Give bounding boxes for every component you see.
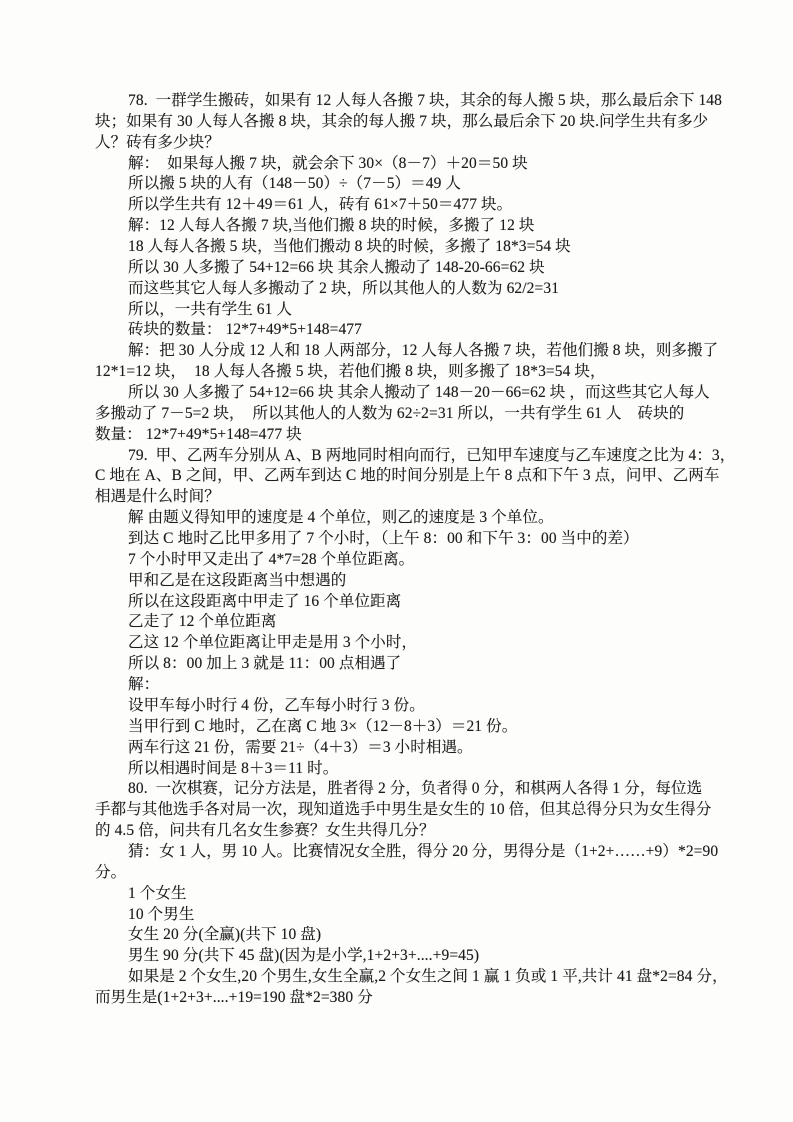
text-line: 所以，一共有学生 61 人: [95, 300, 677, 321]
text-line: 79. 甲、乙两车分别从 A、B 两地同时相向而行，已知甲车速度与乙车速度之比为…: [95, 446, 677, 467]
text-line: 人？砖有多少块？: [95, 133, 677, 154]
text-line: 解：: [95, 675, 677, 696]
text-line: 7 个小时甲又走出了 4*7=28 个单位距离。: [95, 550, 677, 571]
text-line: 解：把 30 人分成 12 人和 18 人两部分，12 人每人各搬 7 块，若他…: [95, 341, 677, 362]
text-line: 所以搬 5 块的人有（148－50）÷（7－5）＝49 人: [95, 174, 677, 195]
text-line: 78. 一群学生搬砖，如果有 12 人每人各搬 7 块，其余的每人搬 5 块，那…: [95, 91, 677, 112]
text-line: 18 人每人各搬 5 块，当他们搬动 8 块的时候，多搬了 18*3=54 块: [95, 237, 677, 258]
text-line: 解： 如果每人搬 7 块，就会余下 30×（8－7）＋20＝50 块: [95, 154, 677, 175]
text-line: 乙走了 12 个单位距离: [95, 612, 677, 633]
text-line: 所以 30 人多搬了 54+12=66 块 其余人搬动了 148-20-66=6…: [95, 258, 677, 279]
text-line: 所以在这段距离中甲走了 16 个单位距离: [95, 592, 677, 613]
text-line: 所以相遇时间是 8＋3＝11 时。: [95, 759, 677, 780]
text-line: 女生 20 分(全赢)(共下 10 盘): [95, 925, 677, 946]
text-line: 所以 8：00 加上 3 就是 11：00 点相遇了: [95, 654, 677, 675]
text-line: 如果是 2 个女生,20 个男生,女生全赢,2 个女生之间 1 赢 1 负或 1…: [95, 967, 677, 988]
problem-78: 78. 一群学生搬砖，如果有 12 人每人各搬 7 块，其余的每人搬 5 块，那…: [95, 91, 677, 446]
text-line: 猜：女 1 人，男 10 人。比赛情况女全胜，得分 20 分，男得分是（1+2+…: [95, 842, 677, 863]
document-page: 78. 一群学生搬砖，如果有 12 人每人各搬 7 块，其余的每人搬 5 块，那…: [0, 0, 793, 1122]
text-line: 所以 30 人多搬了 54+12=66 块 其余人搬动了 148－20－66=6…: [95, 383, 677, 404]
text-line: C 地在 A、B 之间，甲、乙两车到达 C 地的时间分别是上午 8 点和下午 3…: [95, 466, 677, 487]
text-line: 当甲行到 C 地时，乙在离 C 地 3×（12－8＋3）＝21 份。: [95, 717, 677, 738]
text-line: 相遇是什么时间？: [95, 487, 677, 508]
text-line: 数量： 12*7+49*5+148=477 块: [95, 425, 677, 446]
text-line: 砖块的数量： 12*7+49*5+148=477: [95, 320, 677, 341]
text-line: 两车行这 21 份，需要 21÷（4＋3）＝3 小时相遇。: [95, 738, 677, 759]
text-line: 块；如果有 30 人每人各搬 8 块，其余的每人搬 7 块，那么最后余下 20 …: [95, 112, 677, 133]
problem-79: 79. 甲、乙两车分别从 A、B 两地同时相向而行，已知甲车速度与乙车速度之比为…: [95, 446, 677, 780]
text-line: 而男生是(1+2+3+....+19=190 盘*2=380 分: [95, 988, 677, 1009]
text-line: 多搬动了 7－5=2 块， 所以其他人的人数为 62÷2=31 所以，一共有学生…: [95, 404, 677, 425]
text-line: 男生 90 分(共下 45 盘)(因为是小学,1+2+3+....+9=45): [95, 946, 677, 967]
text-line: 到达 C 地时乙比甲多用了 7 个小时，（上午 8：00 和下午 3：00 当中…: [95, 529, 677, 550]
text-line: 80. 一次棋赛，记分方法是，胜者得 2 分，负者得 0 分，和棋两人各得 1 …: [95, 779, 677, 800]
text-line: 乙这 12 个单位距离让甲走是用 3 个小时，: [95, 633, 677, 654]
text-line: 设甲车每小时行 4 份，乙车每小时行 3 份。: [95, 696, 677, 717]
document-content: 78. 一群学生搬砖，如果有 12 人每人各搬 7 块，其余的每人搬 5 块，那…: [95, 91, 677, 1009]
text-line: 所以学生共有 12＋49＝61 人，砖有 61×7＋50＝477 块。: [95, 195, 677, 216]
text-line: 而这些其它人每人多搬动了 2 块，所以其他人的人数为 62/2=31: [95, 279, 677, 300]
text-line: 分。: [95, 863, 677, 884]
text-line: 10 个男生: [95, 905, 677, 926]
text-line: 解：12 人每人各搬 7 块,当他们搬 8 块的时候，多搬了 12 块: [95, 216, 677, 237]
text-line: 甲和乙是在这段距离当中想遇的: [95, 571, 677, 592]
text-line: 的 4.5 倍，问共有几名女生参赛？女生共得几分？: [95, 821, 677, 842]
text-line: 1 个女生: [95, 884, 677, 905]
text-line: 手都与其他选手各对局一次，现知道选手中男生是女生的 10 倍，但其总得分只为女生…: [95, 800, 677, 821]
text-line: 解 由题义得知甲的速度是 4 个单位，则乙的速度是 3 个单位。: [95, 508, 677, 529]
text-line: 12*1=12 块， 18 人每人各搬 5 块，若他们搬 8 块，则多搬了 18…: [95, 362, 677, 383]
problem-80: 80. 一次棋赛，记分方法是，胜者得 2 分，负者得 0 分，和棋两人各得 1 …: [95, 779, 677, 1008]
